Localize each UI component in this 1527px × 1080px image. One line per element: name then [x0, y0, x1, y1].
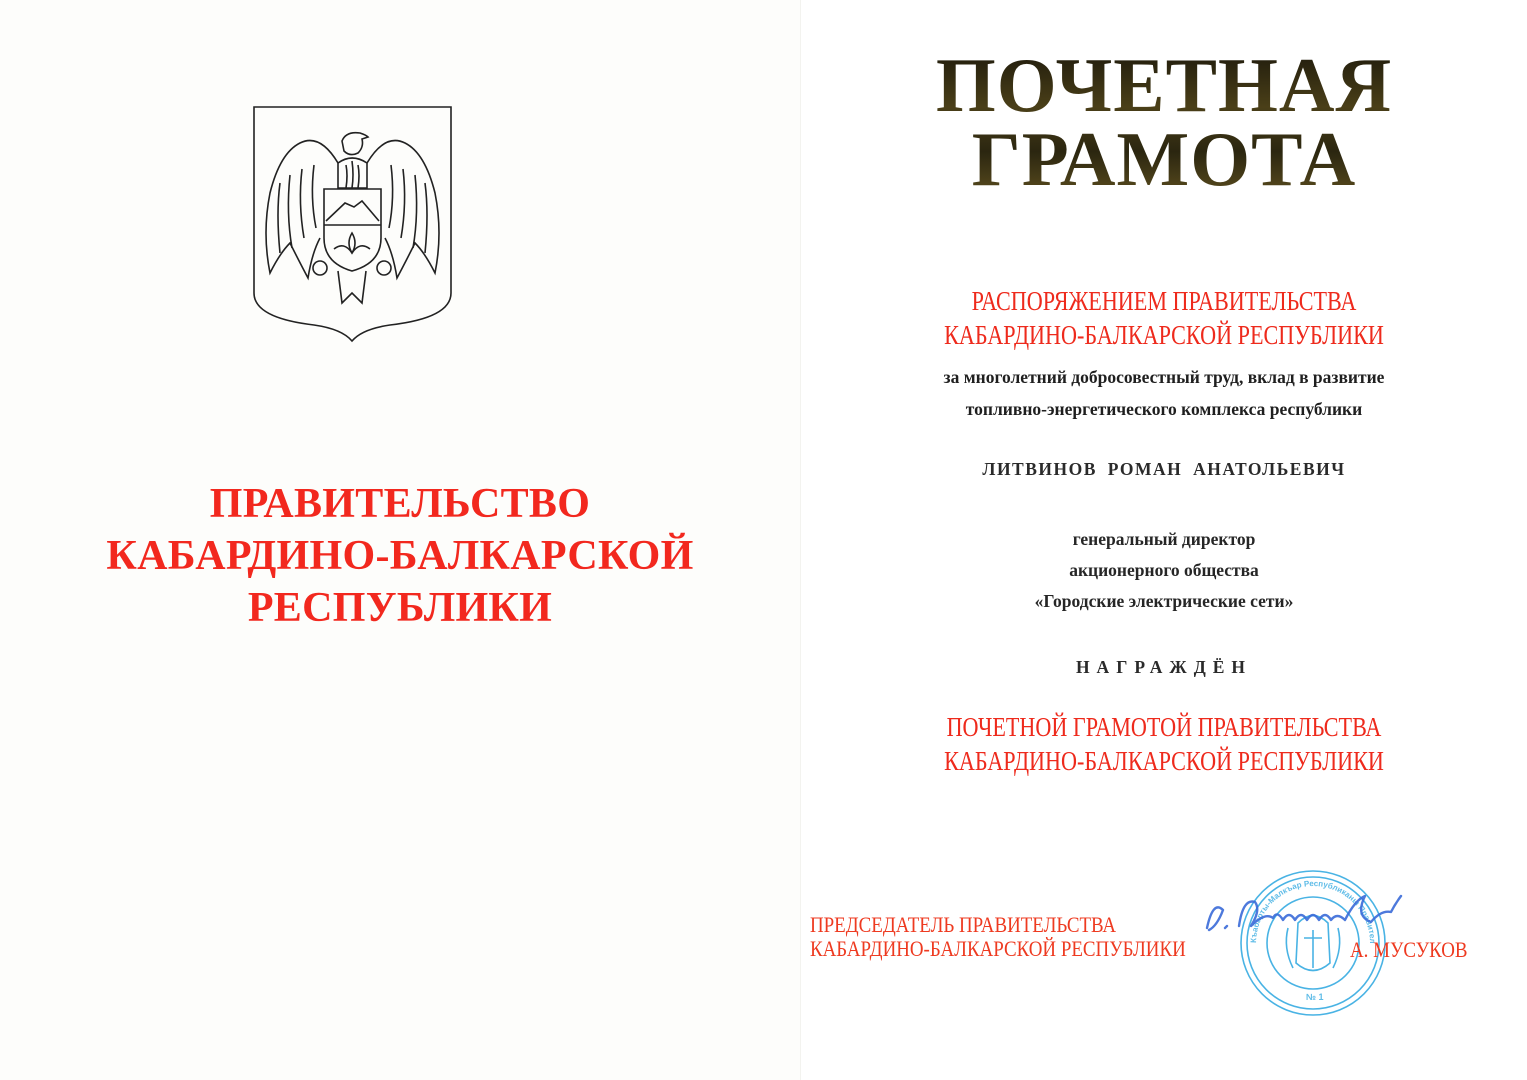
position-line: генеральный директор: [800, 524, 1527, 555]
decree-line: РАСПОРЯЖЕНИЕМ ПРАВИТЕЛЬСТВА: [866, 284, 1463, 318]
decree-text: РАСПОРЯЖЕНИЕМ ПРАВИТЕЛЬСТВА КАБАРДИНО-БА…: [866, 284, 1463, 352]
award-text: ПОЧЕТНОЙ ГРАМОТОЙ ПРАВИТЕЛЬСТВА КАБАРДИН…: [866, 710, 1463, 778]
awarded-label: НАГРАЖДЁН: [800, 657, 1527, 678]
award-line: КАБАРДИНО-БАЛКАРСКОЙ РЕСПУБЛИКИ: [866, 744, 1463, 778]
signatory-title: ПРЕДСЕДАТЕЛЬ ПРАВИТЕЛЬСТВА КАБАРДИНО-БАЛ…: [810, 913, 1186, 961]
award-reason: за многолетний добросовестный труд, вкла…: [800, 361, 1527, 425]
recipient-position: генеральный директор акционерного общест…: [800, 524, 1527, 617]
title-line: ПОЧЕТНАЯ: [800, 48, 1527, 122]
signatory-title-line: КАБАРДИНО-БАЛКАРСКОЙ РЕСПУБЛИКИ: [810, 937, 1186, 961]
issuer-line: КАБАРДИНО-БАЛКАРСКОЙ: [0, 530, 800, 582]
position-line: «Городские электрические сети»: [800, 586, 1527, 617]
position-line: акционерного общества: [800, 555, 1527, 586]
issuer-line: ПРАВИТЕЛЬСТВО: [0, 478, 800, 530]
signature-icon: [1195, 890, 1425, 940]
svg-text:№ 1: № 1: [1306, 992, 1324, 1002]
reason-line: за многолетний добросовестный труд, вкла…: [800, 361, 1527, 393]
issuer-line: РЕСПУБЛИКИ: [0, 582, 800, 634]
reason-line: топливно-энергетического комплекса респу…: [800, 393, 1527, 425]
award-line: ПОЧЕТНОЙ ГРАМОТОЙ ПРАВИТЕЛЬСТВА: [866, 710, 1463, 744]
signer-name: А. МУСУКОВ: [1350, 937, 1468, 963]
decree-line: КАБАРДИНО-БАЛКАРСКОЙ РЕСПУБЛИКИ: [866, 318, 1463, 352]
issuer-title: ПРАВИТЕЛЬСТВО КАБАРДИНО-БАЛКАРСКОЙ РЕСПУ…: [0, 478, 800, 634]
certificate-title: ПОЧЕТНАЯ ГРАМОТА: [800, 48, 1527, 196]
coat-of-arms-icon: [250, 103, 455, 343]
recipient-name: ЛИТВИНОВ РОМАН АНАТОЛЬЕВИЧ: [800, 459, 1527, 480]
title-line: ГРАМОТА: [800, 122, 1527, 196]
signatory-title-line: ПРЕДСЕДАТЕЛЬ ПРАВИТЕЛЬСТВА: [810, 913, 1186, 937]
